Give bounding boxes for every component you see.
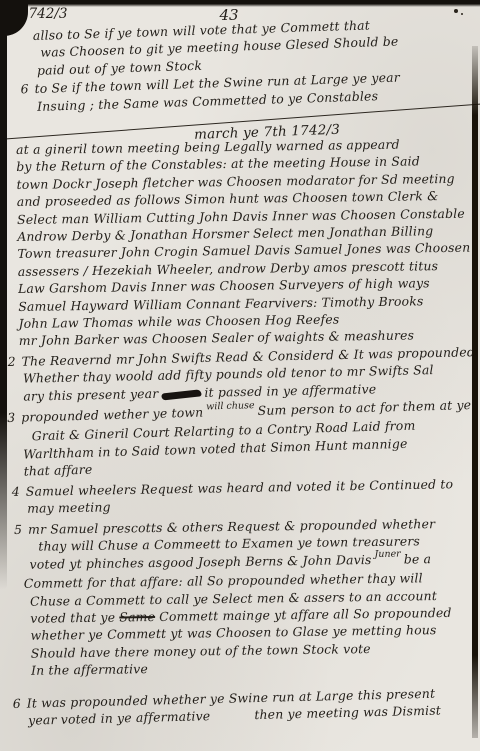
item-number: 4 xyxy=(12,483,26,501)
record-line-text: Sum person to act for them at ye xyxy=(257,397,471,418)
meeting-dismissal-note: then ye meeting was Dismist xyxy=(254,702,441,724)
page-edge-left xyxy=(0,0,7,590)
struck-word: Same xyxy=(119,609,155,624)
item-number: 6 xyxy=(13,694,27,712)
item-number: 2 xyxy=(7,353,21,371)
item-number: 6 xyxy=(20,80,35,98)
item-number: 5 xyxy=(14,521,28,539)
interlinear-insertion: will chuse xyxy=(206,397,255,416)
meeting-item-3: 3propounded wether ye townwill chuseSum … xyxy=(7,396,471,480)
meeting-item-2: 2The Reavernd mr John Swifts Read & Cons… xyxy=(7,344,470,406)
manuscript-scan: { "header": { "year_fraction": "1742/3",… xyxy=(0,0,480,751)
record-line-text: ary this present year xyxy=(23,386,158,404)
meeting-item-4: 4Samuel wheelers Request was heard and v… xyxy=(12,475,471,518)
record-line-text: voted yt phinches asgood Joseph Berns & … xyxy=(29,552,371,572)
ink-mark xyxy=(454,9,458,13)
page-edge-top xyxy=(0,0,480,7)
record-line-text: propounded wether ye town xyxy=(21,404,204,424)
item-number: 3 xyxy=(7,408,21,426)
manuscript-content: 1742/3 43 allso to Se if ye town will vo… xyxy=(12,6,470,729)
record-line-text: voted that ye xyxy=(30,610,115,626)
page-edge-right xyxy=(472,46,478,738)
meeting-item-6: 6It was propounded whether ye Swine run … xyxy=(13,683,471,729)
meeting-opening-record: at a gineril town meeting being Legally … xyxy=(16,135,473,350)
interlinear-insertion: Juner xyxy=(374,545,400,563)
record-line-text: year voted in ye affermative xyxy=(28,707,211,729)
record-line-text: be a xyxy=(404,551,432,566)
warrant-articles: allso to Se if ye town will vote that ye… xyxy=(33,13,472,115)
ink-blot xyxy=(161,389,202,400)
meeting-item-5: 5mr Samuel prescotts & others Request & … xyxy=(14,515,472,680)
